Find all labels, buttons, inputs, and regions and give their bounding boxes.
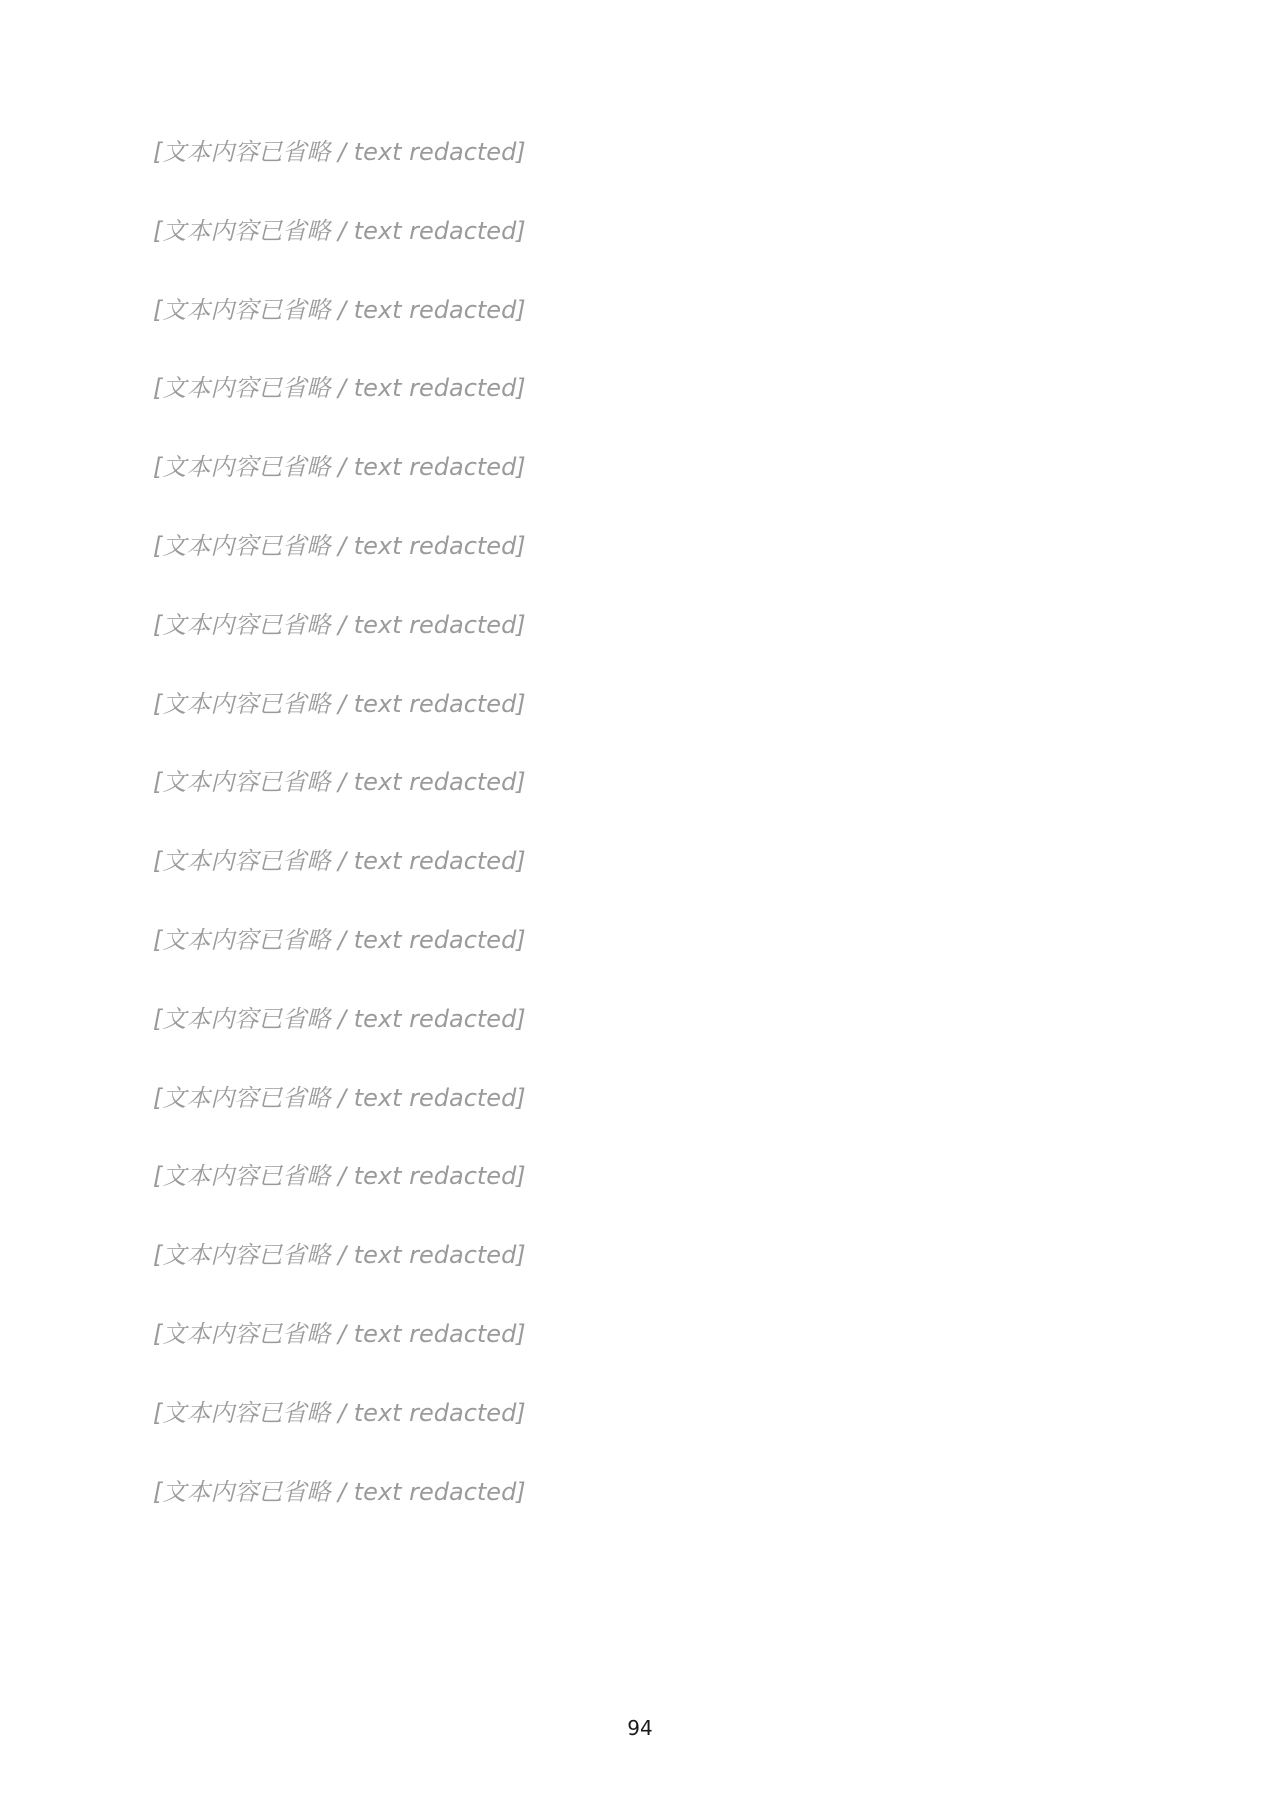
redacted-paragraph: [文本内容已省略 / text redacted]	[105, 1381, 1175, 1446]
redacted-paragraph: [文本内容已省略 / text redacted]	[105, 829, 1175, 894]
redacted-paragraph: [文本内容已省略 / text redacted]	[105, 435, 1175, 500]
redacted-paragraph: [文本内容已省略 / text redacted]	[105, 1223, 1175, 1288]
redacted-paragraph: [文本内容已省略 / text redacted]	[105, 593, 1175, 658]
redacted-paragraph: [文本内容已省略 / text redacted]	[105, 120, 1175, 185]
redacted-paragraph: [文本内容已省略 / text redacted]	[105, 750, 1175, 815]
page-number: 94	[0, 1716, 1280, 1740]
document-page: [文本内容已省略 / text redacted][文本内容已省略 / text…	[0, 0, 1280, 1810]
redacted-paragraph: [文本内容已省略 / text redacted]	[105, 1144, 1175, 1209]
redacted-paragraph: [文本内容已省略 / text redacted]	[105, 908, 1175, 973]
redacted-paragraph: [文本内容已省略 / text redacted]	[105, 356, 1175, 421]
redacted-paragraph: [文本内容已省略 / text redacted]	[105, 1460, 1175, 1525]
redacted-paragraph: [文本内容已省略 / text redacted]	[105, 987, 1175, 1052]
redacted-paragraph: [文本内容已省略 / text redacted]	[105, 199, 1175, 264]
redacted-paragraph: [文本内容已省略 / text redacted]	[105, 672, 1175, 737]
body-text-redacted: [文本内容已省略 / text redacted][文本内容已省略 / text…	[105, 120, 1175, 1524]
redacted-paragraph: [文本内容已省略 / text redacted]	[105, 1302, 1175, 1367]
redacted-paragraph: [文本内容已省略 / text redacted]	[105, 1066, 1175, 1131]
redacted-paragraph: [文本内容已省略 / text redacted]	[105, 278, 1175, 343]
redacted-paragraph: [文本内容已省略 / text redacted]	[105, 514, 1175, 579]
